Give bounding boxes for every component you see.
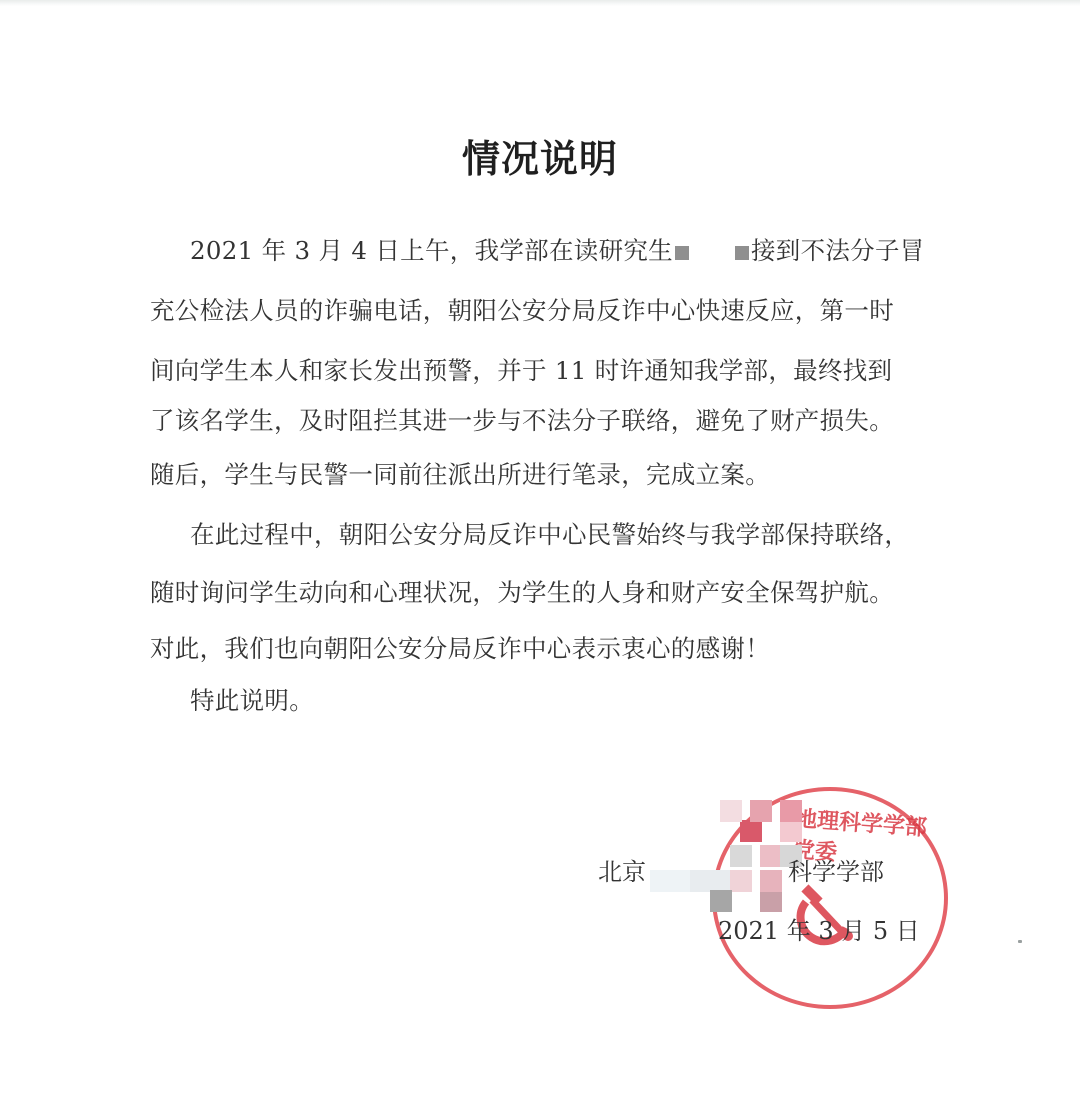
paragraph-1-line-4: 了该名学生，及时阻拦其进一步与不法分子联络，避免了财产损失。 (150, 406, 920, 436)
signature-org-suffix: 科学学部 (788, 857, 884, 887)
paragraph-2-line-3: 对此，我们也向朝阳公安分局反诈中心表示衷心的感谢！ (150, 634, 920, 664)
paragraph-2-line-2: 随时询问学生动向和心理状况，为学生的人身和财产安全保驾护航。 (150, 578, 920, 608)
paragraph-1-line-5: 随后，学生与民警一同前往派出所进行笔录，完成立案。 (150, 460, 920, 490)
page-title: 情况说明 (0, 128, 1080, 183)
document-page: 情况说明 2021 年 3 月 4 日上午，我学部在读研究生接到不法分子冒 充公… (0, 0, 1080, 1094)
redacted-name-block (675, 246, 689, 260)
redaction-mosaic (650, 800, 800, 930)
signature-org-prefix: 北京 (598, 857, 646, 887)
paragraph-1-line-2: 充公检法人员的诈骗电话，朝阳公安分局反诈中心快速反应，第一时 (150, 296, 920, 326)
paragraph-1-line-3: 间向学生本人和家长发出预警，并于 11 时许通知我学部，最终找到 (150, 356, 920, 386)
signature-date: 2021 年 3 月 5 日 (718, 916, 920, 946)
line-text: 2021 年 3 月 4 日上午，我学部在读研究生 (190, 236, 673, 265)
scan-speck (1018, 940, 1022, 943)
line-text: 接到不法分子冒 (751, 236, 925, 265)
redacted-name-block (735, 246, 749, 260)
closing-line: 特此说明。 (190, 686, 960, 716)
paragraph-2-line-1: 在此过程中，朝阳公安分局反诈中心民警始终与我学部保持联络， (190, 520, 960, 550)
paragraph-1-line-1: 2021 年 3 月 4 日上午，我学部在读研究生接到不法分子冒 (190, 236, 960, 266)
